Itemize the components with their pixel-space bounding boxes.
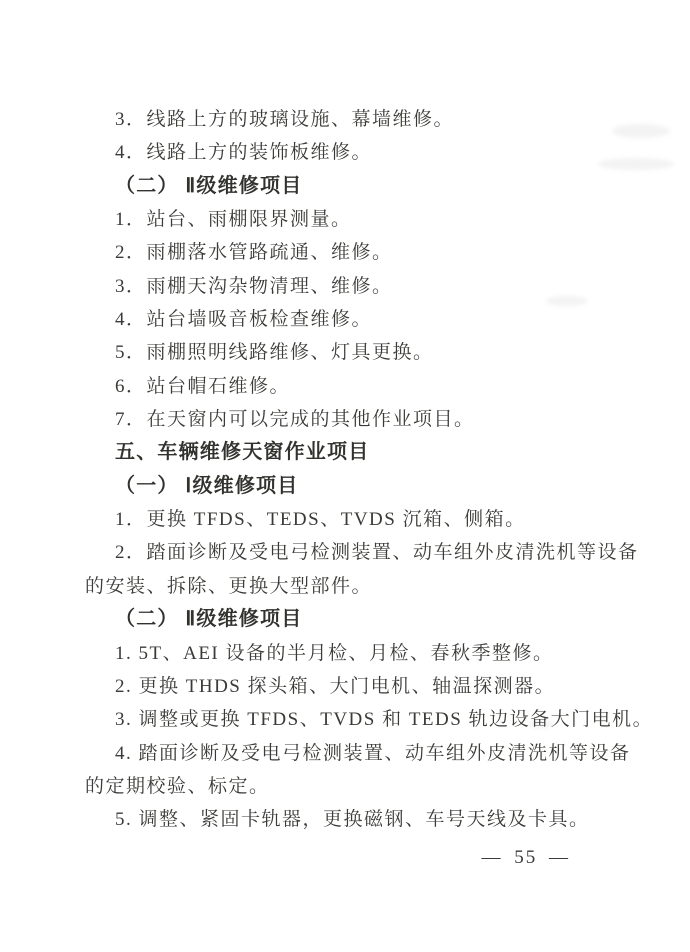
sub-heading: （二） Ⅱ级维修项目 xyxy=(85,170,602,203)
text-line: 3. 调整或更换 TFDS、TVDS 和 TEDS 轨边设备大门电机。 xyxy=(85,703,602,736)
document-page: 3．线路上方的玻璃设施、幕墙维修。4．线路上方的装饰板维修。（二） Ⅱ级维修项目… xyxy=(0,0,690,952)
text-line: 的定期校验、标定。 xyxy=(85,770,602,803)
text-line: 1．站台、雨棚限界测量。 xyxy=(85,203,602,236)
text-line: 5．雨棚照明线路维修、灯具更换。 xyxy=(85,336,602,369)
text-line: 3．雨棚天沟杂物清理、维修。 xyxy=(85,270,602,303)
section-heading: 五、车辆维修天窗作业项目 xyxy=(85,436,602,469)
text-line: 4. 踏面诊断及受电弓检测装置、动车组外皮清洗机等设备 xyxy=(85,737,602,770)
scan-artifact xyxy=(598,158,674,170)
text-line: 3．线路上方的玻璃设施、幕墙维修。 xyxy=(85,103,602,136)
text-line: 1．更换 TFDS、TEDS、TVDS 沉箱、侧箱。 xyxy=(85,503,602,536)
text-line: 2．雨棚落水管路疏通、维修。 xyxy=(85,236,602,269)
text-line: 4．站台墙吸音板检查维修。 xyxy=(85,303,602,336)
document-body: 3．线路上方的玻璃设施、幕墙维修。4．线路上方的装饰板维修。（二） Ⅱ级维修项目… xyxy=(85,103,602,837)
text-line: 4．线路上方的装饰板维修。 xyxy=(85,136,602,169)
text-line: 1. 5T、AEI 设备的半月检、月检、春秋季整修。 xyxy=(85,637,602,670)
scan-artifact xyxy=(612,124,670,138)
text-line: 2．踏面诊断及受电弓检测装置、动车组外皮清洗机等设备 xyxy=(85,536,602,569)
text-line: 5. 调整、紧固卡轨器，更换磁钢、车号天线及卡具。 xyxy=(85,803,602,836)
sub-heading: （二） Ⅱ级维修项目 xyxy=(85,603,602,636)
sub-heading: （一） Ⅰ级维修项目 xyxy=(85,470,602,503)
text-line: 6．站台帽石维修。 xyxy=(85,370,602,403)
text-line: 2. 更换 THDS 探头箱、大门电机、轴温探测器。 xyxy=(85,670,602,703)
text-line: 的安装、拆除、更换大型部件。 xyxy=(85,570,602,603)
page-number: — 55 — xyxy=(482,841,571,874)
text-line: 7．在天窗内可以完成的其他作业项目。 xyxy=(85,403,602,436)
